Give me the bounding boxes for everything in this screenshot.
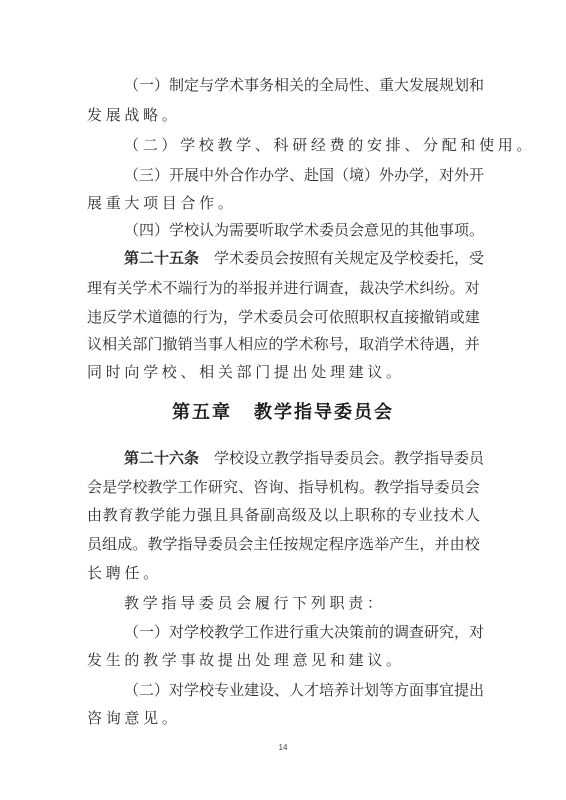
document-page: （一）制定与学术事务相关的全局性、重大发展规划和发展战略。（二）学校教学、科研经… bbox=[0, 0, 566, 800]
paragraph-line: 展重大项目合作。 bbox=[87, 192, 480, 214]
paragraph-line: 会是学校教学工作研究、咨询、指导机构。教学指导委员会 bbox=[87, 476, 480, 498]
paragraph-line: （四）学校认为需要听取学术委员会意见的其他事项。 bbox=[124, 219, 480, 241]
paragraph-line: （一）对学校教学工作进行重大决策前的调查研究，对 bbox=[124, 621, 480, 643]
paragraph-line: 理有关学术不端行为的举报并进行调查，裁决学术纠纷。对 bbox=[87, 277, 480, 299]
paragraph-line: （二）学校教学、科研经费的安排、分配和使用。 bbox=[124, 134, 480, 156]
page-number: 14 bbox=[0, 743, 566, 752]
paragraph-line: 教学指导委员会履行下列职责： bbox=[124, 592, 480, 614]
article-paragraph-line: 第二十五条 学术委员会按照有关规定及学校委托，受 bbox=[124, 247, 480, 269]
chapter-title: 教学指导委员会 bbox=[254, 402, 394, 423]
article-paragraph-line: 第二十六条 学校设立教学指导委员会。教学指导委员 bbox=[124, 447, 480, 469]
paragraph-line: 咨询意见。 bbox=[87, 707, 480, 729]
chapter-number: 第五章 bbox=[172, 402, 232, 423]
paragraph-line: （一）制定与学术事务相关的全局性、重大发展规划和 bbox=[124, 74, 480, 96]
paragraph-line: 发生的教学事故提出处理意见和建议。 bbox=[87, 649, 480, 671]
paragraph-line: 长聘任。 bbox=[87, 562, 480, 584]
paragraph-line: （二）对学校专业建设、人才培养计划等方面事宜提出 bbox=[124, 679, 480, 701]
paragraph-line: （三）开展中外合作办学、赴国（境）外办学，对外开 bbox=[124, 164, 480, 186]
paragraph-line: 违反学术道德的行为，学术委员会可依照职权直接撤销或建 bbox=[87, 306, 480, 328]
paragraph-line: 议相关部门撤销当事人相应的学术称号，取消学术待遇，并 bbox=[87, 333, 480, 355]
paragraph-line: 由教育教学能力强且具备副高级及以上职称的专业技术人 bbox=[87, 504, 480, 526]
chapter-heading: 第五章教学指导委员会 bbox=[0, 398, 566, 424]
paragraph-line: 同时向学校、相关部门提出处理建议。 bbox=[87, 361, 480, 383]
paragraph-line: 员组成。教学指导委员会主任按规定程序选举产生，并由校 bbox=[87, 533, 480, 555]
paragraph-line: 发展战略。 bbox=[87, 104, 480, 126]
